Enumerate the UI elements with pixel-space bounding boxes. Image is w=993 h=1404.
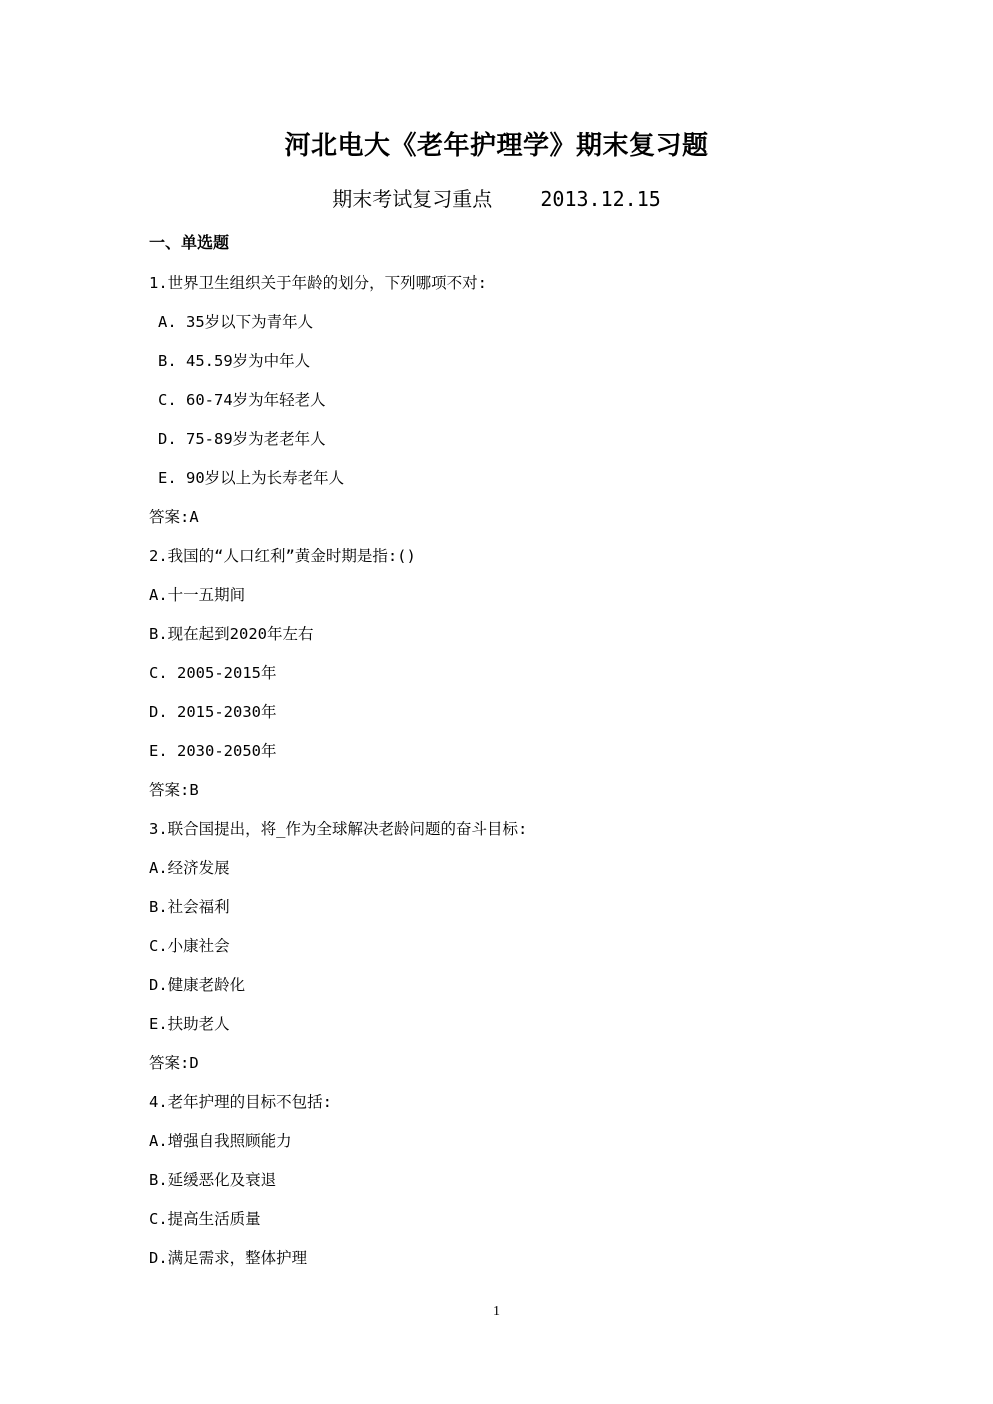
option-b: B.延缓恶化及衰退 xyxy=(149,1167,849,1206)
option-b: B.社会福利 xyxy=(149,894,849,933)
option-c: C.提高生活质量 xyxy=(149,1206,849,1245)
option-a: A.经济发展 xyxy=(149,855,849,894)
option-c: C. 2005-2015年 xyxy=(149,660,849,699)
option-e: E. 2030-2050年 xyxy=(149,738,849,777)
option-d: D.满足需求，整体护理 xyxy=(149,1245,849,1284)
question-list: 1.世界卫生组织关于年龄的划分，下列哪项不对: A. 35岁以下为青年人 B. … xyxy=(149,270,849,1284)
answer: 答案:B xyxy=(149,777,849,816)
option-e: E. 90岁以上为长寿老年人 xyxy=(149,465,849,504)
option-a: A. 35岁以下为青年人 xyxy=(149,309,849,348)
answer: 答案:D xyxy=(149,1050,849,1089)
option-a: A.增强自我照顾能力 xyxy=(149,1128,849,1167)
answer: 答案:A xyxy=(149,504,849,543)
question-stem: 4.老年护理的目标不包括: xyxy=(149,1089,849,1128)
option-a: A.十一五期间 xyxy=(149,582,849,621)
document-subtitle: 期末考试复习重点 2013.12.15 xyxy=(0,184,993,214)
option-d: D. 75-89岁为老老年人 xyxy=(149,426,849,465)
option-b: B. 45.59岁为中年人 xyxy=(149,348,849,387)
document-page: 河北电大《老年护理学》期末复习题 期末考试复习重点 2013.12.15 一、单… xyxy=(0,0,993,1404)
option-d: D. 2015-2030年 xyxy=(149,699,849,738)
option-c: C. 60-74岁为年轻老人 xyxy=(149,387,849,426)
question-stem: 3.联合国提出，将_作为全球解决老龄问题的奋斗目标: xyxy=(149,816,849,855)
option-b: B.现在起到2020年左右 xyxy=(149,621,849,660)
question-stem: 1.世界卫生组织关于年龄的划分，下列哪项不对: xyxy=(149,270,849,309)
option-d: D.健康老龄化 xyxy=(149,972,849,1011)
question-stem: 2.我国的“人口红利”黄金时期是指:() xyxy=(149,543,849,582)
document-title: 河北电大《老年护理学》期末复习题 xyxy=(0,128,993,164)
section-heading: 一、单选题 xyxy=(149,232,229,254)
option-c: C.小康社会 xyxy=(149,933,849,972)
option-e: E.扶助老人 xyxy=(149,1011,849,1050)
page-number: 1 xyxy=(0,1302,993,1322)
